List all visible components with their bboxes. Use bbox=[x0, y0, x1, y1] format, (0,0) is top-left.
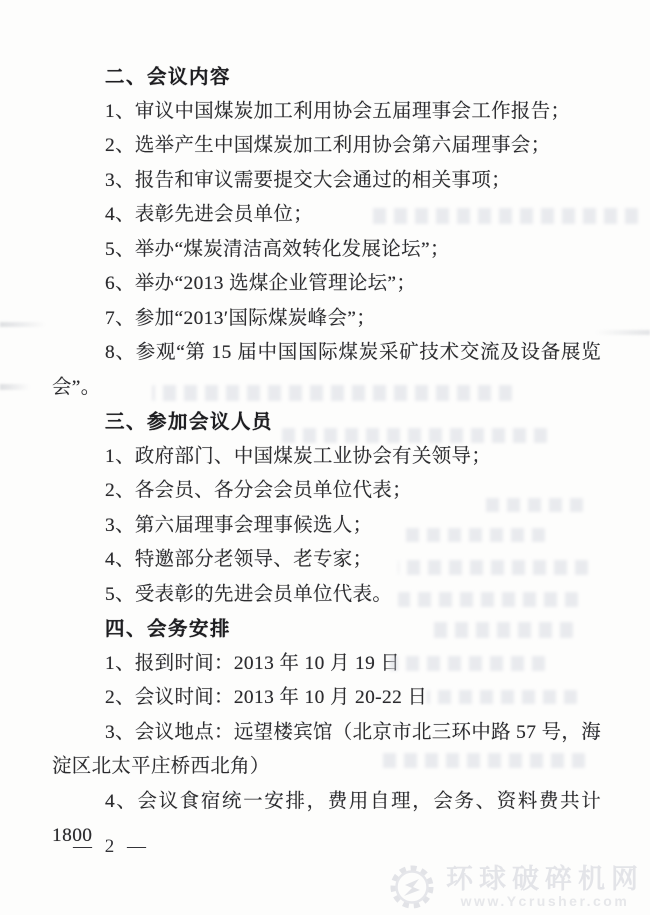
section-participants: 三、参加会议人员 1、政府部门、中国煤炭工业协会有关领导； 2、各会员、各分会会… bbox=[52, 405, 601, 612]
list-item: 2、会议时间：2013 年 10 月 20-22 日 bbox=[52, 681, 601, 716]
section-heading: 三、参加会议人员 bbox=[52, 405, 601, 440]
section-heading: 四、会务安排 bbox=[52, 612, 601, 647]
watermark-text: 环球破碎机网 www.Ycrusher.com bbox=[446, 865, 644, 909]
list-item: 2、选举产生中国煤炭加工利用协会第六届理事会； bbox=[52, 129, 601, 164]
section-heading: 二、会议内容 bbox=[52, 60, 601, 95]
list-item: 4、特邀部分老领导、老专家； bbox=[52, 543, 601, 578]
scan-edge-streak bbox=[0, 384, 30, 390]
list-item: 5、举办“煤炭清洁高效转化发展论坛”； bbox=[52, 233, 601, 268]
page-number: — 2 — bbox=[73, 836, 150, 858]
list-item: 5、受表彰的先进会员单位代表。 bbox=[52, 578, 601, 613]
list-item: 7、参加“2013′国际煤炭峰会”； bbox=[52, 302, 601, 337]
section-meeting-content: 二、会议内容 1、审议中国煤炭加工利用协会五届理事会工作报告； 2、选举产生中国… bbox=[52, 60, 601, 405]
list-item: 6、举办“2013 选煤企业管理论坛”； bbox=[52, 267, 601, 302]
list-item: 8、参观“第 15 届中国国际煤炭采矿技术交流及设备展览会”。 bbox=[52, 336, 601, 405]
list-item: 3、报告和审议需要提交大会通过的相关事项； bbox=[52, 164, 601, 199]
list-item: 3、第六届理事会理事候选人； bbox=[52, 509, 601, 544]
list-item: 1、报到时间：2013 年 10 月 19 日 bbox=[52, 647, 601, 682]
scan-edge-streak bbox=[0, 322, 46, 327]
document-body: 二、会议内容 1、审议中国煤炭加工利用协会五届理事会工作报告； 2、选举产生中国… bbox=[52, 60, 601, 854]
list-item: 1、审议中国煤炭加工利用协会五届理事会工作报告； bbox=[52, 95, 601, 130]
section-logistics: 四、会务安排 1、报到时间：2013 年 10 月 19 日 2、会议时间：20… bbox=[52, 612, 601, 854]
gear-arrow-logo-icon bbox=[388, 863, 436, 911]
list-item: 1、政府部门、中国煤炭工业协会有关领导； bbox=[52, 440, 601, 475]
list-item: 2、各会员、各分会会员单位代表； bbox=[52, 474, 601, 509]
list-item: 4、表彰先进会员单位； bbox=[52, 198, 601, 233]
list-item: 3、会议地点：远望楼宾馆（北京市北三环中路 57 号，海淀区北太平庄桥西北角） bbox=[52, 716, 601, 785]
scanned-document-page: 二、会议内容 1、审议中国煤炭加工利用协会五届理事会工作报告； 2、选举产生中国… bbox=[0, 0, 650, 915]
scan-edge-streak bbox=[595, 330, 650, 335]
watermark-site-name: 环球破碎机网 bbox=[446, 865, 644, 893]
watermark-site-url: www.Ycrusher.com bbox=[461, 893, 630, 909]
site-watermark: 环球破碎机网 www.Ycrusher.com bbox=[388, 863, 644, 911]
